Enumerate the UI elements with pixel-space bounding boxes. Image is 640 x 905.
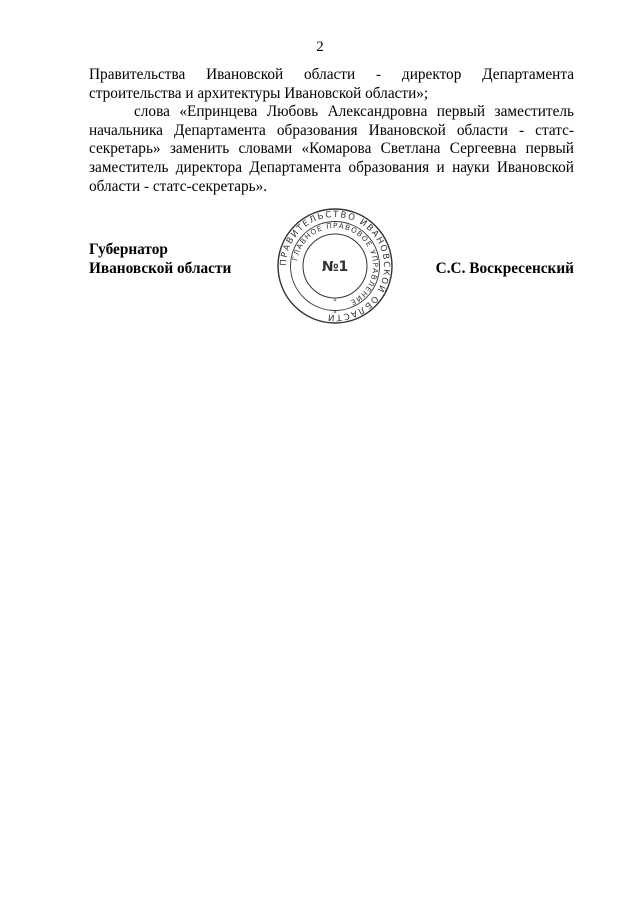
paragraph-1-line-1: Правительства Ивановской области - дирек… [89,66,574,85]
position-line-1: Губернатор [89,240,231,259]
paragraph-2: слова «Епринцева Любовь Александровна пе… [89,103,574,196]
stamp-seal-icon: ПРАВИТЕЛЬСТВО ИВАНОВСКОЙ ОБЛАСТИ ГЛАВНОЕ… [276,207,394,325]
document-body: Правительства Ивановской области - дирек… [89,66,574,196]
official-stamp: ПРАВИТЕЛЬСТВО ИВАНОВСКОЙ ОБЛАСТИ ГЛАВНОЕ… [276,207,394,325]
svg-text:*: * [334,310,337,317]
svg-text:№1: №1 [322,259,349,275]
signatory-name: С.С. Воскресенский [436,259,574,278]
page-number: 2 [0,38,640,56]
svg-text:*: * [334,298,337,305]
paragraph-1-rest: строительства и архитектуры Ивановской о… [89,85,428,102]
paragraph-1: Правительства Ивановской области - дирек… [89,66,574,103]
position-line-2: Ивановской области [89,259,231,278]
signatory-position: Губернатор Ивановской области [89,240,231,278]
